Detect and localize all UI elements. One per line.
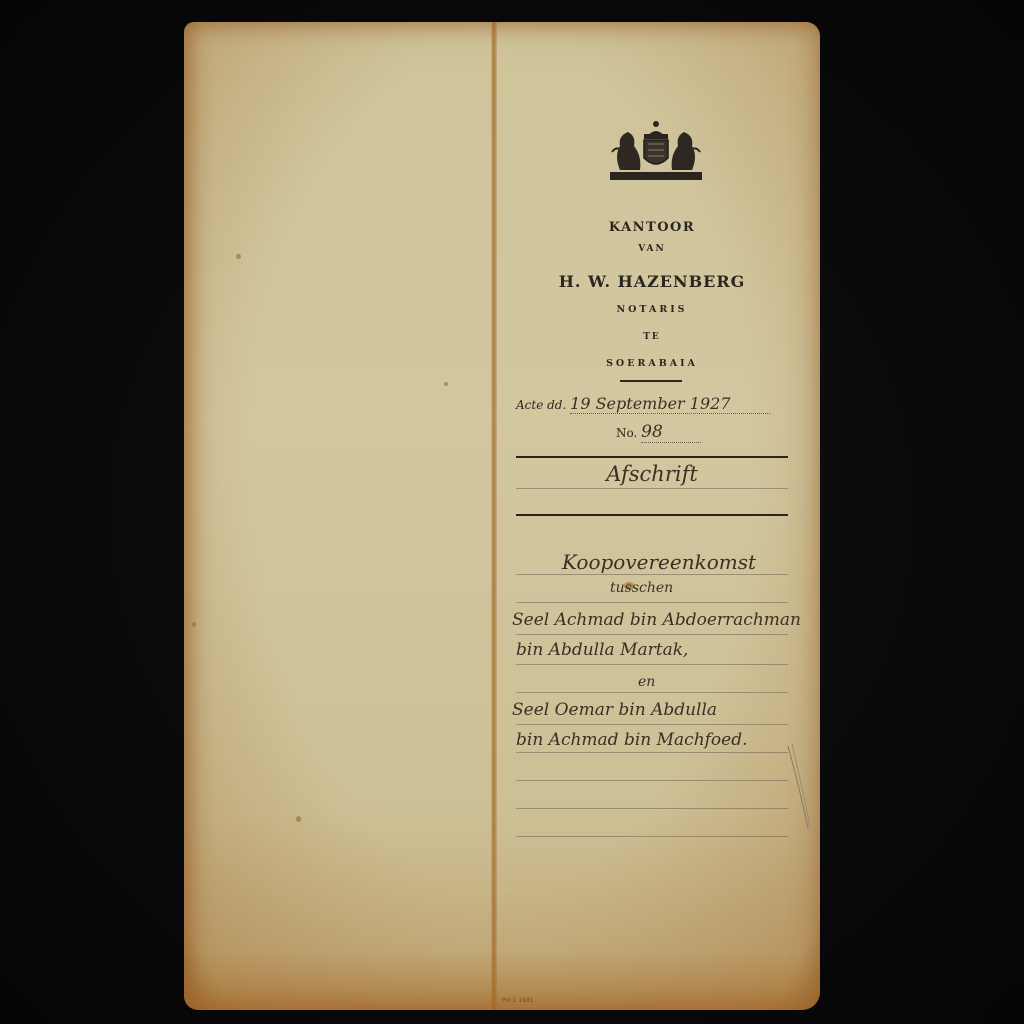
party-1-line-2: bin Abdulla Martak, [516, 640, 796, 660]
acte-number-row: No. 98 [616, 422, 701, 443]
notary-title: NOTARIS [502, 304, 802, 315]
foxing-spot [444, 382, 448, 386]
ruled-line [516, 752, 788, 753]
ruled-line [516, 724, 788, 725]
section-divider [516, 514, 788, 516]
acte-number-value: 98 [641, 422, 701, 443]
between-word: tusschen [610, 580, 890, 596]
document-page: KANTOOR VAN H. W. HAZENBERG NOTARIS TE S… [184, 22, 820, 1010]
dutch-royal-coat-of-arms-icon [608, 116, 704, 182]
ruled-line [516, 836, 788, 837]
foxing-spot [192, 622, 196, 627]
ruled-line [516, 808, 788, 809]
copy-type: Afschrift [516, 462, 788, 486]
printer-mark: Pol 1 1981 [502, 997, 534, 1004]
ruled-line [516, 634, 788, 635]
party-1-line-1: Seel Achmad bin Abdoerrachman [512, 610, 792, 630]
binding-thread [784, 742, 812, 832]
foxing-spot [296, 816, 301, 822]
city-name: SOERABAIA [502, 358, 802, 369]
ruled-line [516, 488, 788, 489]
photo-backdrop: KANTOOR VAN H. W. HAZENBERG NOTARIS TE S… [0, 0, 1024, 1024]
ruled-line [516, 574, 788, 575]
header-divider [620, 380, 682, 382]
acte-date-label: Acte dd. [516, 398, 566, 412]
deed-subject-title: Koopovereenkomst [562, 550, 842, 574]
title-panel: KANTOOR VAN H. W. HAZENBERG NOTARIS TE S… [502, 22, 820, 1010]
party-2-line-1: Seel Oemar bin Abdulla [512, 700, 792, 720]
and-word: en [638, 674, 918, 690]
acte-number-label: No. [616, 426, 637, 440]
notary-name: H. W. HAZENBERG [502, 272, 802, 291]
office-heading: KANTOOR [502, 220, 802, 235]
ruled-line [516, 602, 788, 603]
section-divider [516, 456, 788, 458]
ruled-line [516, 780, 788, 781]
party-2-line-2: bin Achmad bin Machfoed. [516, 730, 796, 750]
ruled-line [516, 664, 788, 665]
center-fold-crease [491, 22, 497, 1010]
ruled-line [516, 692, 788, 693]
foxing-spot [236, 254, 241, 259]
acte-date-row: Acte dd. 19 September 1927 [516, 394, 786, 414]
office-of-label: VAN [502, 244, 802, 254]
location-preposition: TE [502, 332, 802, 342]
acte-date-value: 19 September 1927 [570, 394, 770, 414]
